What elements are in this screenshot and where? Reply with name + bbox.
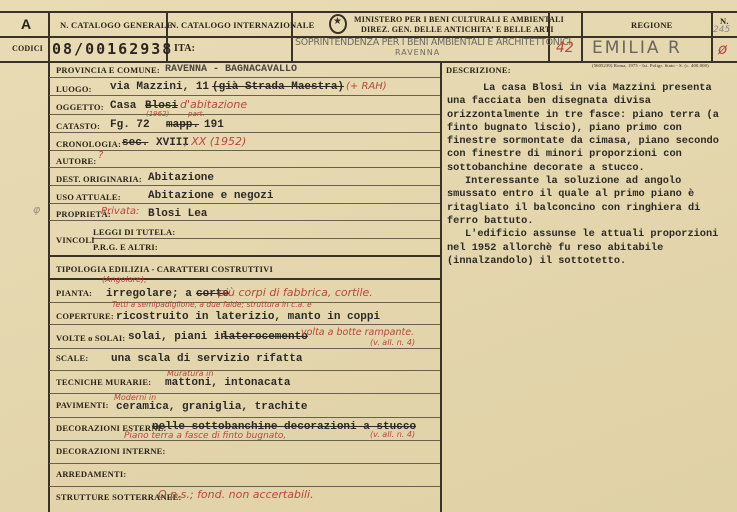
ministry-line1: MINISTERO PER I BENI CULTURALI E AMBIENT… [354,15,564,24]
oggetto-label: OGGETTO: [56,102,104,112]
catasto-struck: mapp. [166,119,199,131]
cat-internazionale-value: ITA: [174,43,195,54]
row-line [49,150,440,151]
oggetto-value: Casa [110,100,136,112]
row-line [49,417,440,418]
tecniche-value: mattoni, intonacata [165,377,290,389]
catasto-value: Fg. 72 [110,119,150,131]
pianta-value: irregolare; a [106,288,192,300]
volte-note: volta a botte rampante. [301,327,414,338]
autore-label: AUTORE: [56,156,96,166]
prg-label: P.R.G. E ALTRI: [93,242,158,252]
republic-emblem-icon [329,14,347,34]
volte-label: VOLTE o SOLAI: [56,333,125,343]
pavimenti-value: ceramica, graniglia, trachite [116,401,307,413]
cronologia-label: CRONOLOGIA: [56,139,121,149]
strutture-note: O p.s.; fond. non accertabili. [158,488,314,501]
catalog-card: A CODICI N. CATALOGO GENERALE 08/0016293… [0,0,737,512]
divider [581,11,583,61]
row-line [49,114,440,115]
codici-label: CODICI [12,44,43,53]
dest-originaria-label: DEST. ORIGINARIA: [56,174,142,184]
scale-value: una scala di servizio rifatta [111,353,302,365]
decor-esterne-note2: (v. all. n. 4) [370,430,415,439]
uso-attuale-label: USO ATTUALE: [56,192,121,202]
margin-mark: φ [33,203,40,216]
row-line [49,324,440,325]
cat-internazionale-label: N. CATALOGO INTERNAZIONALE [170,20,314,30]
row-line [49,348,440,349]
proprieta-value: Blosi Lea [148,208,207,220]
row-line [49,370,440,371]
ministry-line2: DIREZ. GEN. DELLE ANTICHITA' E BELLE ART… [361,25,554,34]
row-line [49,132,440,133]
catasto-value2: 191 [204,119,224,131]
cronologia-note: ; XX (1952) [184,135,246,148]
row-line [49,203,440,204]
catasto-sup-note2: part. [188,110,205,118]
tipologia-label: TIPOLOGIA EDILIZIA - CARATTERI COSTRUTTI… [56,264,273,274]
arredamenti-label: ARREDAMENTI: [56,469,126,479]
luogo-note: (+ RAH) [346,81,387,92]
row-line [49,167,440,168]
pianta-note-above: (Angolare), [102,275,147,284]
row-line [49,95,440,96]
coperture-note-above: Tetti a semipadiglione, a due falde; str… [112,300,312,309]
divider [291,11,293,61]
soprintendenza-stamp: SOPRINTENDENZA PER I BENI AMBIENTALI E A… [295,37,571,48]
regione-value: EMILIA R [592,38,682,58]
volte-struck: laterocemento [222,331,308,343]
coperture-label: COPERTURE: [56,311,114,321]
descrizione-paragraph: Interessante la soluzione ad angolo smus… [447,175,731,228]
autore-note: ? [98,150,103,161]
section-letter: A [21,16,31,32]
section-line [49,255,440,257]
coperture-value: ricostruito in laterizio, manto in coppi [116,311,380,323]
volte-value: solai, piani in [128,331,227,343]
print-info: (5605239) Roma, 1975 - Ist. Poligr. Stat… [592,63,709,68]
divider [440,61,442,512]
n-value: 245 [713,25,730,35]
descrizione-text: La casa Blosi in via Mazzini presenta un… [447,82,731,268]
row-line [49,77,440,78]
soprintendenza-city: RAVENNA [395,48,440,57]
luogo-struck: (già Strada Maestra) [212,81,344,93]
descrizione-label: DESCRIZIONE: [446,65,511,75]
leggi-tutela-label: LEGGI DI TUTELA: [93,227,175,237]
row-line [49,220,440,221]
decor-interne-label: DECORAZIONI INTERNE: [56,446,166,456]
row-line [49,393,440,394]
catasto-sup-note: (1962) [146,110,169,118]
catasto-label: CATASTO: [56,121,100,131]
row-line [49,463,440,464]
pianta-note: più corpi di fabbrica, cortile. [218,286,373,299]
decor-esterne-note: Piano terra a fasce di finto bugnato, [124,431,286,441]
descrizione-paragraph: La casa Blosi in via Mazzini presenta un… [447,82,731,175]
cat-generale-value: 08/00162938 [52,40,173,58]
dest-originaria-value: Abitazione [148,172,214,184]
row-line [49,185,440,186]
provincia-value: RAVENNA - BAGNACAVALLO [165,64,297,75]
pavimenti-label: PAVIMENTI: [56,400,109,410]
provincia-label: PROVINCIA E COMUNE: [56,65,160,75]
n-mark: ø [718,40,727,58]
soprintendenza-code: 42 [556,40,574,56]
cat-generale-label: N. CATALOGO GENERALE [60,20,173,30]
divider [48,11,50,512]
uso-attuale-value: Abitazione e negozi [148,190,273,202]
vincoli-label: VINCOLI [56,235,95,245]
row-line [49,486,440,487]
header-top-line [0,11,737,13]
cronologia-struck: sec. [122,137,148,149]
tecniche-label: TECNICHE MURARIE: [56,377,151,387]
scale-label: SCALE: [56,353,88,363]
volte-note2: (v. all. n. 4) [370,338,415,347]
regione-label: REGIONE [631,20,673,30]
luogo-value: via Mazzini, 11 [110,81,209,93]
divider [711,11,713,61]
proprieta-note: Privata: [101,206,139,217]
luogo-label: LUOGO: [56,84,92,94]
pianta-label: PIANTA: [56,288,92,298]
row-line [92,238,440,239]
descrizione-paragraph: L'edificio assunse le attuali proporzion… [447,228,731,268]
